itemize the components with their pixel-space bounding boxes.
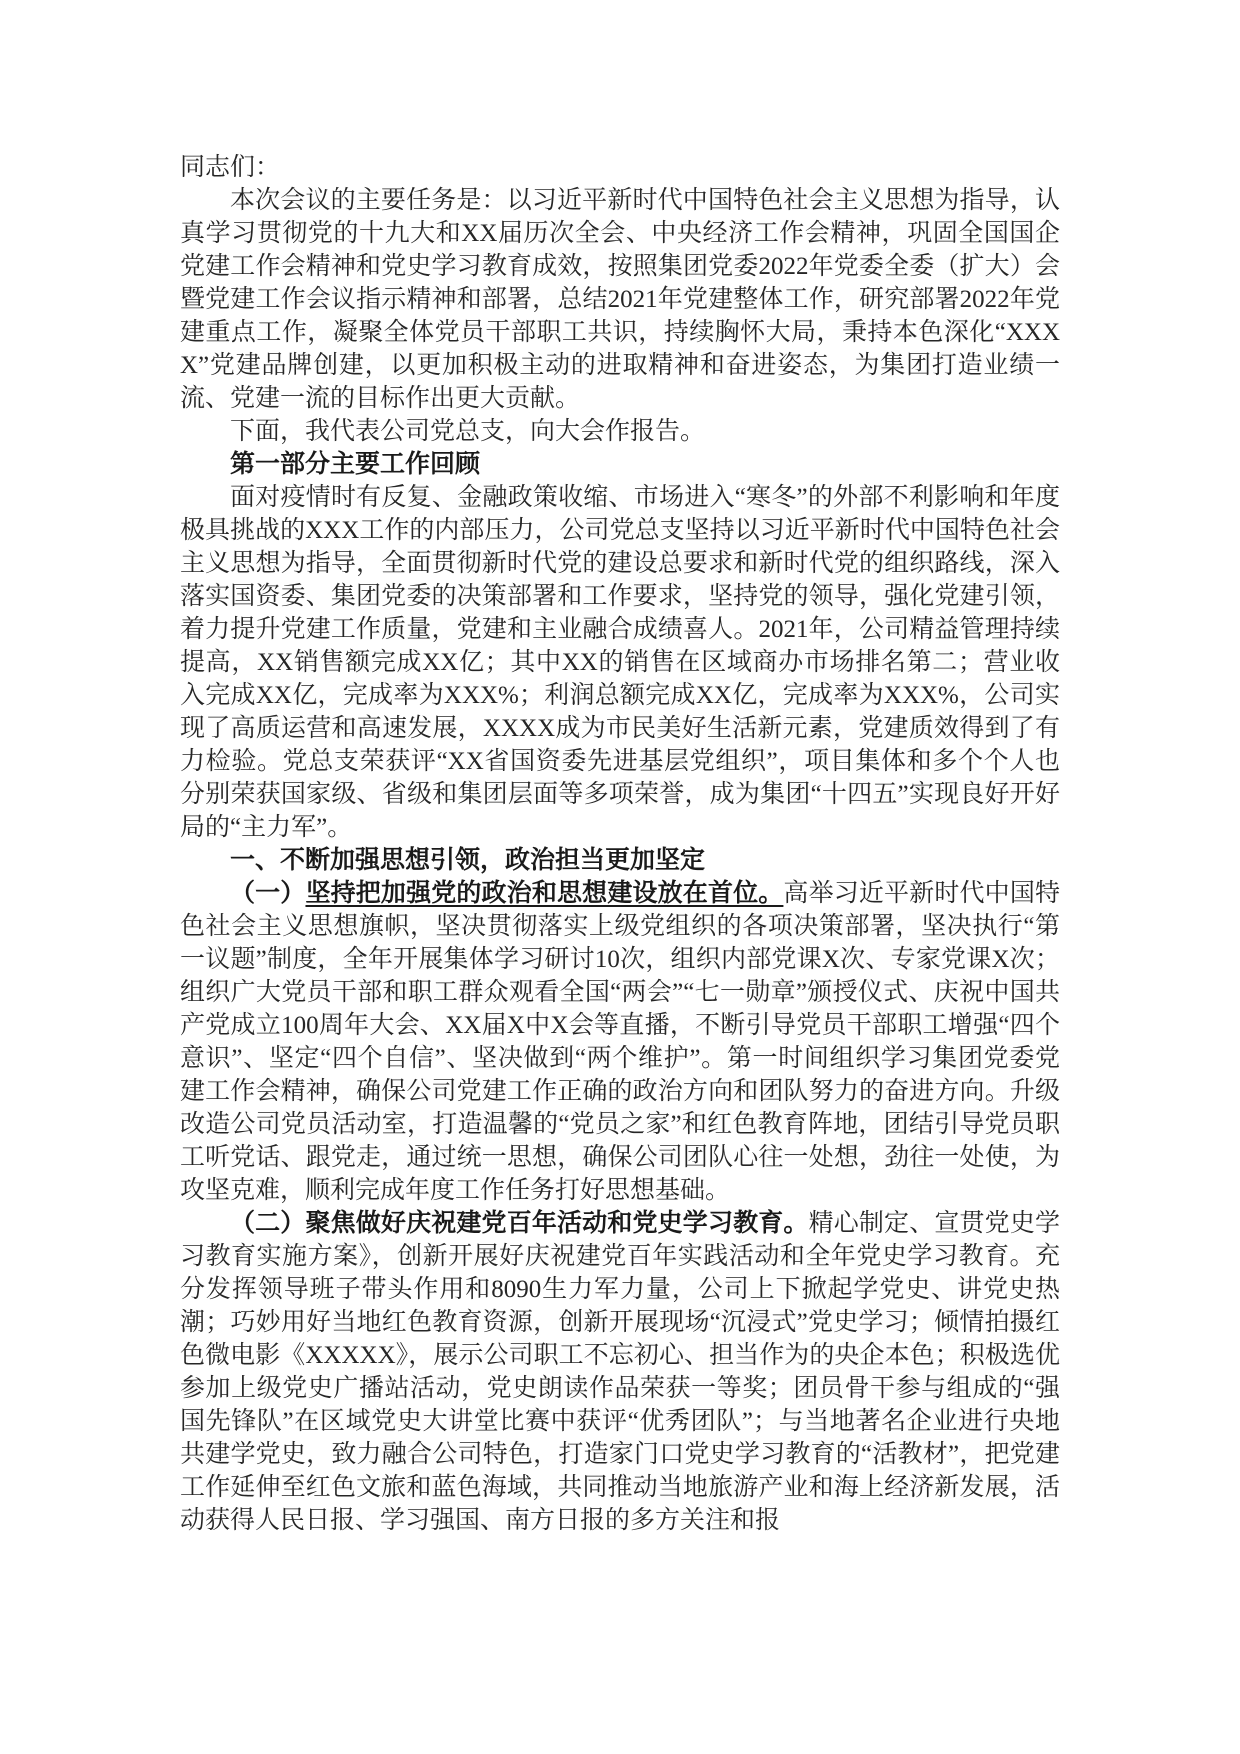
- salutation: 同志们：: [180, 151, 1060, 184]
- item-one-number: （一）: [230, 879, 305, 907]
- item-two-title: 聚焦做好庆祝建党百年活动和党史学习教育。: [305, 1209, 808, 1237]
- paragraph-work-review-overview: 面对疫情时有反复、金融政策收缩、市场进入“寒冬”的外部不利影响和年度极具挑战的X…: [180, 481, 1060, 844]
- section-heading-part-one: 第一部分主要工作回顾: [180, 448, 1060, 481]
- item-two-number: （二）: [230, 1209, 305, 1237]
- item-one-title: 坚持把加强党的政治和思想建设放在首位。: [305, 879, 783, 907]
- item-one-body: 高举习近平新时代中国特色社会主义思想旗帜，坚决贯彻落实上级党组织的各项决策部署，…: [180, 880, 1060, 1204]
- item-two-body: 精心制定、宣贯党史学习教育实施方案》，创新开展好庆祝建党百年实践活动和全年党史学…: [180, 1210, 1060, 1534]
- document-page: 同志们： 本次会议的主要任务是：以习近平新时代中国特色社会主义思想为指导，认真学…: [0, 0, 1240, 1754]
- paragraph-report-transition: 下面，我代表公司党总支，向大会作报告。: [180, 415, 1060, 448]
- paragraph-item-one: （一）坚持把加强党的政治和思想建设放在首位。高举习近平新时代中国特色社会主义思想…: [180, 877, 1060, 1207]
- paragraph-meeting-tasks: 本次会议的主要任务是：以习近平新时代中国特色社会主义思想为指导，认真学习贯彻党的…: [180, 184, 1060, 415]
- section-heading-one: 一、不断加强思想引领，政治担当更加坚定: [180, 844, 1060, 877]
- paragraph-item-two: （二）聚焦做好庆祝建党百年活动和党史学习教育。精心制定、宣贯党史学习教育实施方案…: [180, 1207, 1060, 1537]
